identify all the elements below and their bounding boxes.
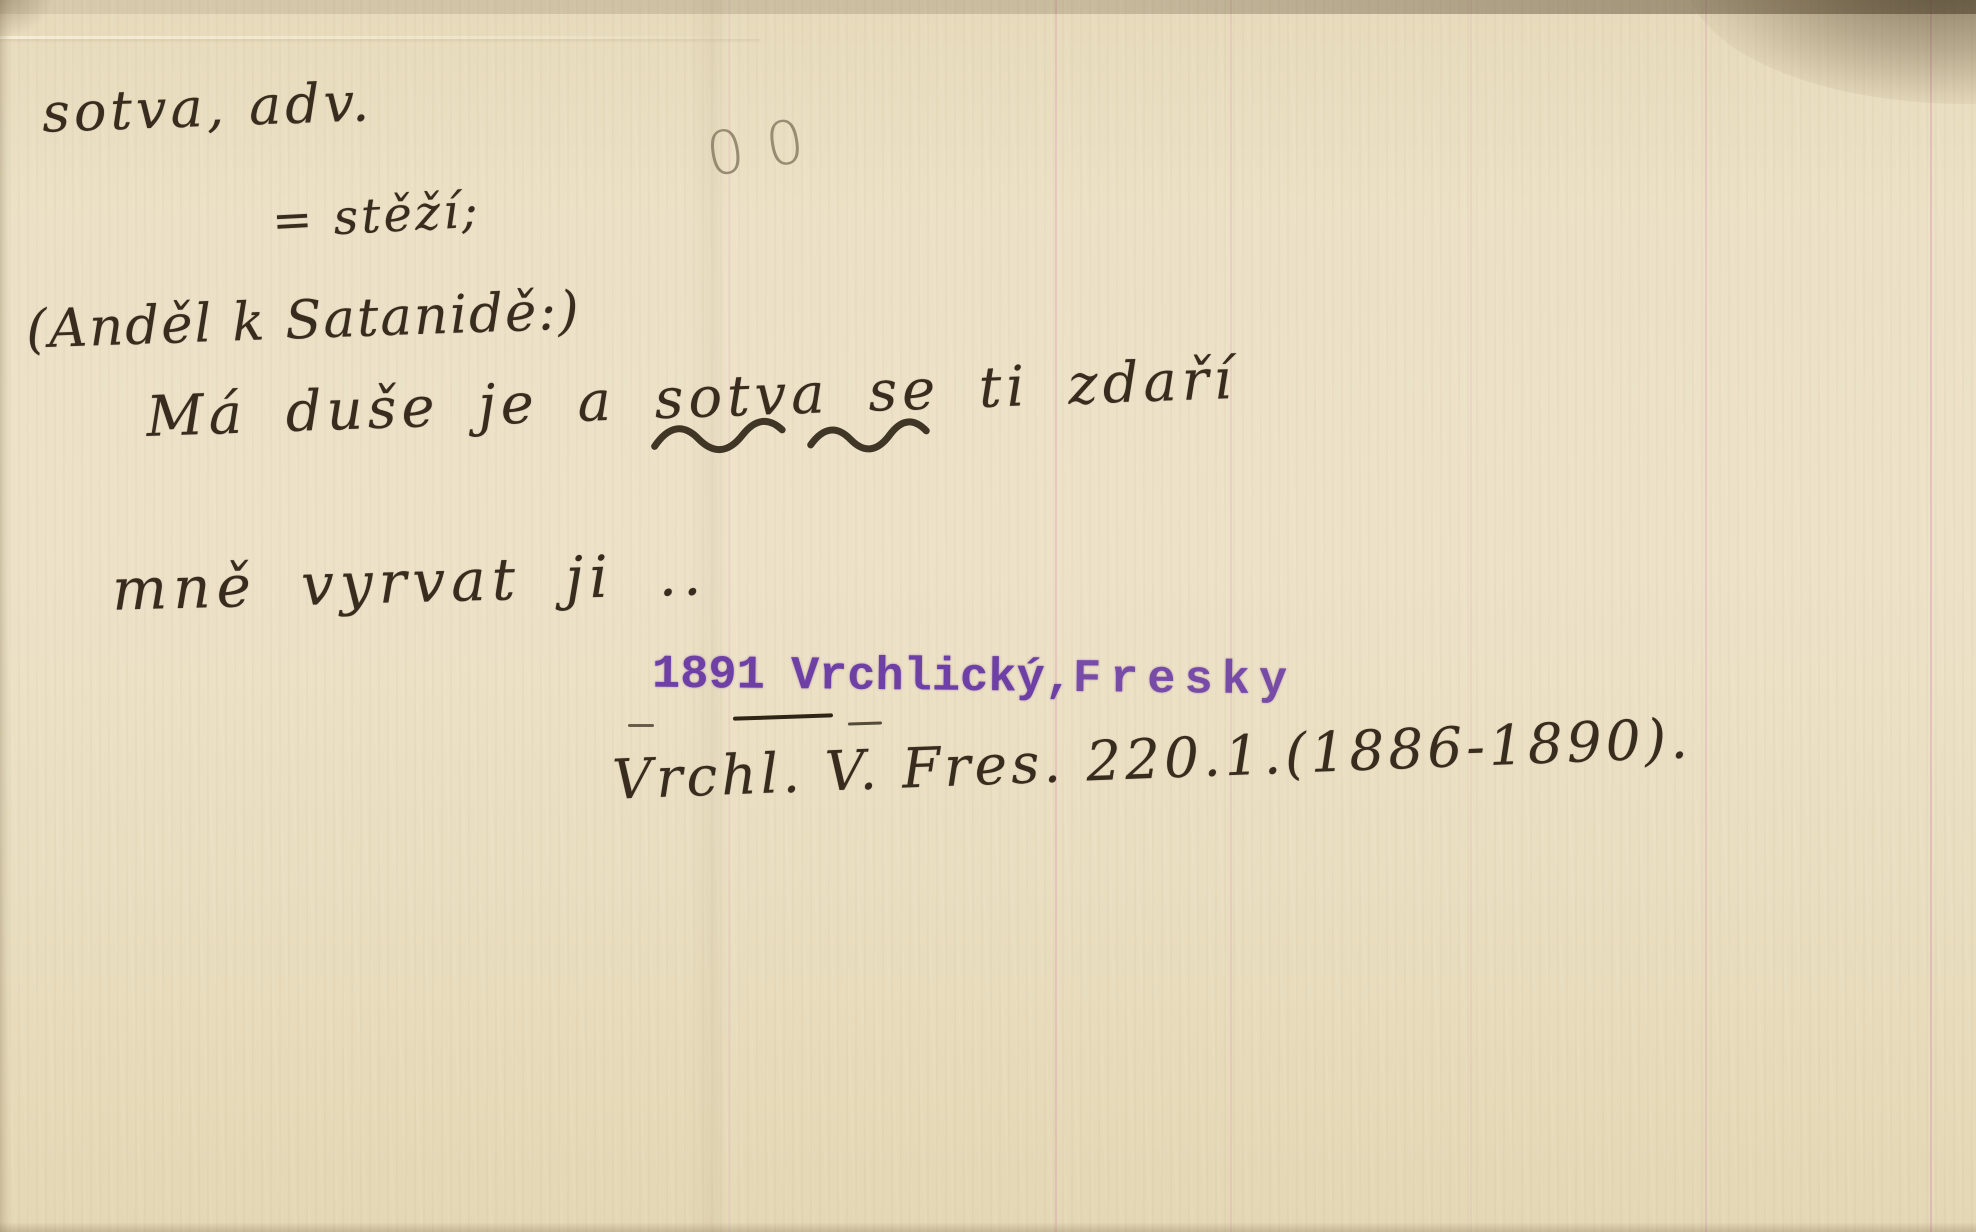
top-left-corner-shadow <box>0 0 56 40</box>
left-edge-shadow <box>0 0 10 1232</box>
verse-line-1-pre: Má duše je a <box>145 367 656 450</box>
citation-line: Vrchl. V. Fres. 220.1.(1886-1890). <box>611 706 1693 811</box>
verse-line-1: Má duše je a sotva se ti zdaří <box>145 347 1237 450</box>
gloss-line: = stěží; <box>271 183 482 250</box>
ruled-line <box>1705 0 1707 1232</box>
stamp-year: 1891 <box>652 649 765 703</box>
ruled-line <box>1470 0 1472 1232</box>
stamp-author: Vrchlický, <box>791 650 1074 706</box>
ruled-line <box>1930 0 1932 1232</box>
ink-underline-dash <box>733 713 833 720</box>
excerpt-card: 00 sotva, adv. = stěží; (Anděl k Satanid… <box>0 0 1976 1232</box>
pencil-annotation: 00 <box>701 103 831 191</box>
ruled-line <box>1230 0 1232 1232</box>
top-edge-shadow <box>0 0 1976 14</box>
headword-line: sotva, adv. <box>41 70 374 145</box>
date-source-stamp: 1891Vrchlický,Fresky <box>652 649 1297 709</box>
horizontal-crease <box>0 36 760 39</box>
bottom-edge-shadow <box>0 1222 1976 1232</box>
ruled-line <box>1055 0 1057 1232</box>
wavy-underline <box>649 405 981 466</box>
ink-underline-dash <box>628 724 654 727</box>
verse-emphasized-word: sotva <box>654 361 831 432</box>
verse-line-2: mně vyrvat ji .. <box>111 540 708 624</box>
top-right-corner-shadow <box>1686 0 1976 104</box>
stamp-work-title: Fresky <box>1073 653 1297 708</box>
speaker-attribution-line: (Anděl k Satanidě:) <box>25 280 582 360</box>
ink-underline-dash <box>848 721 882 725</box>
